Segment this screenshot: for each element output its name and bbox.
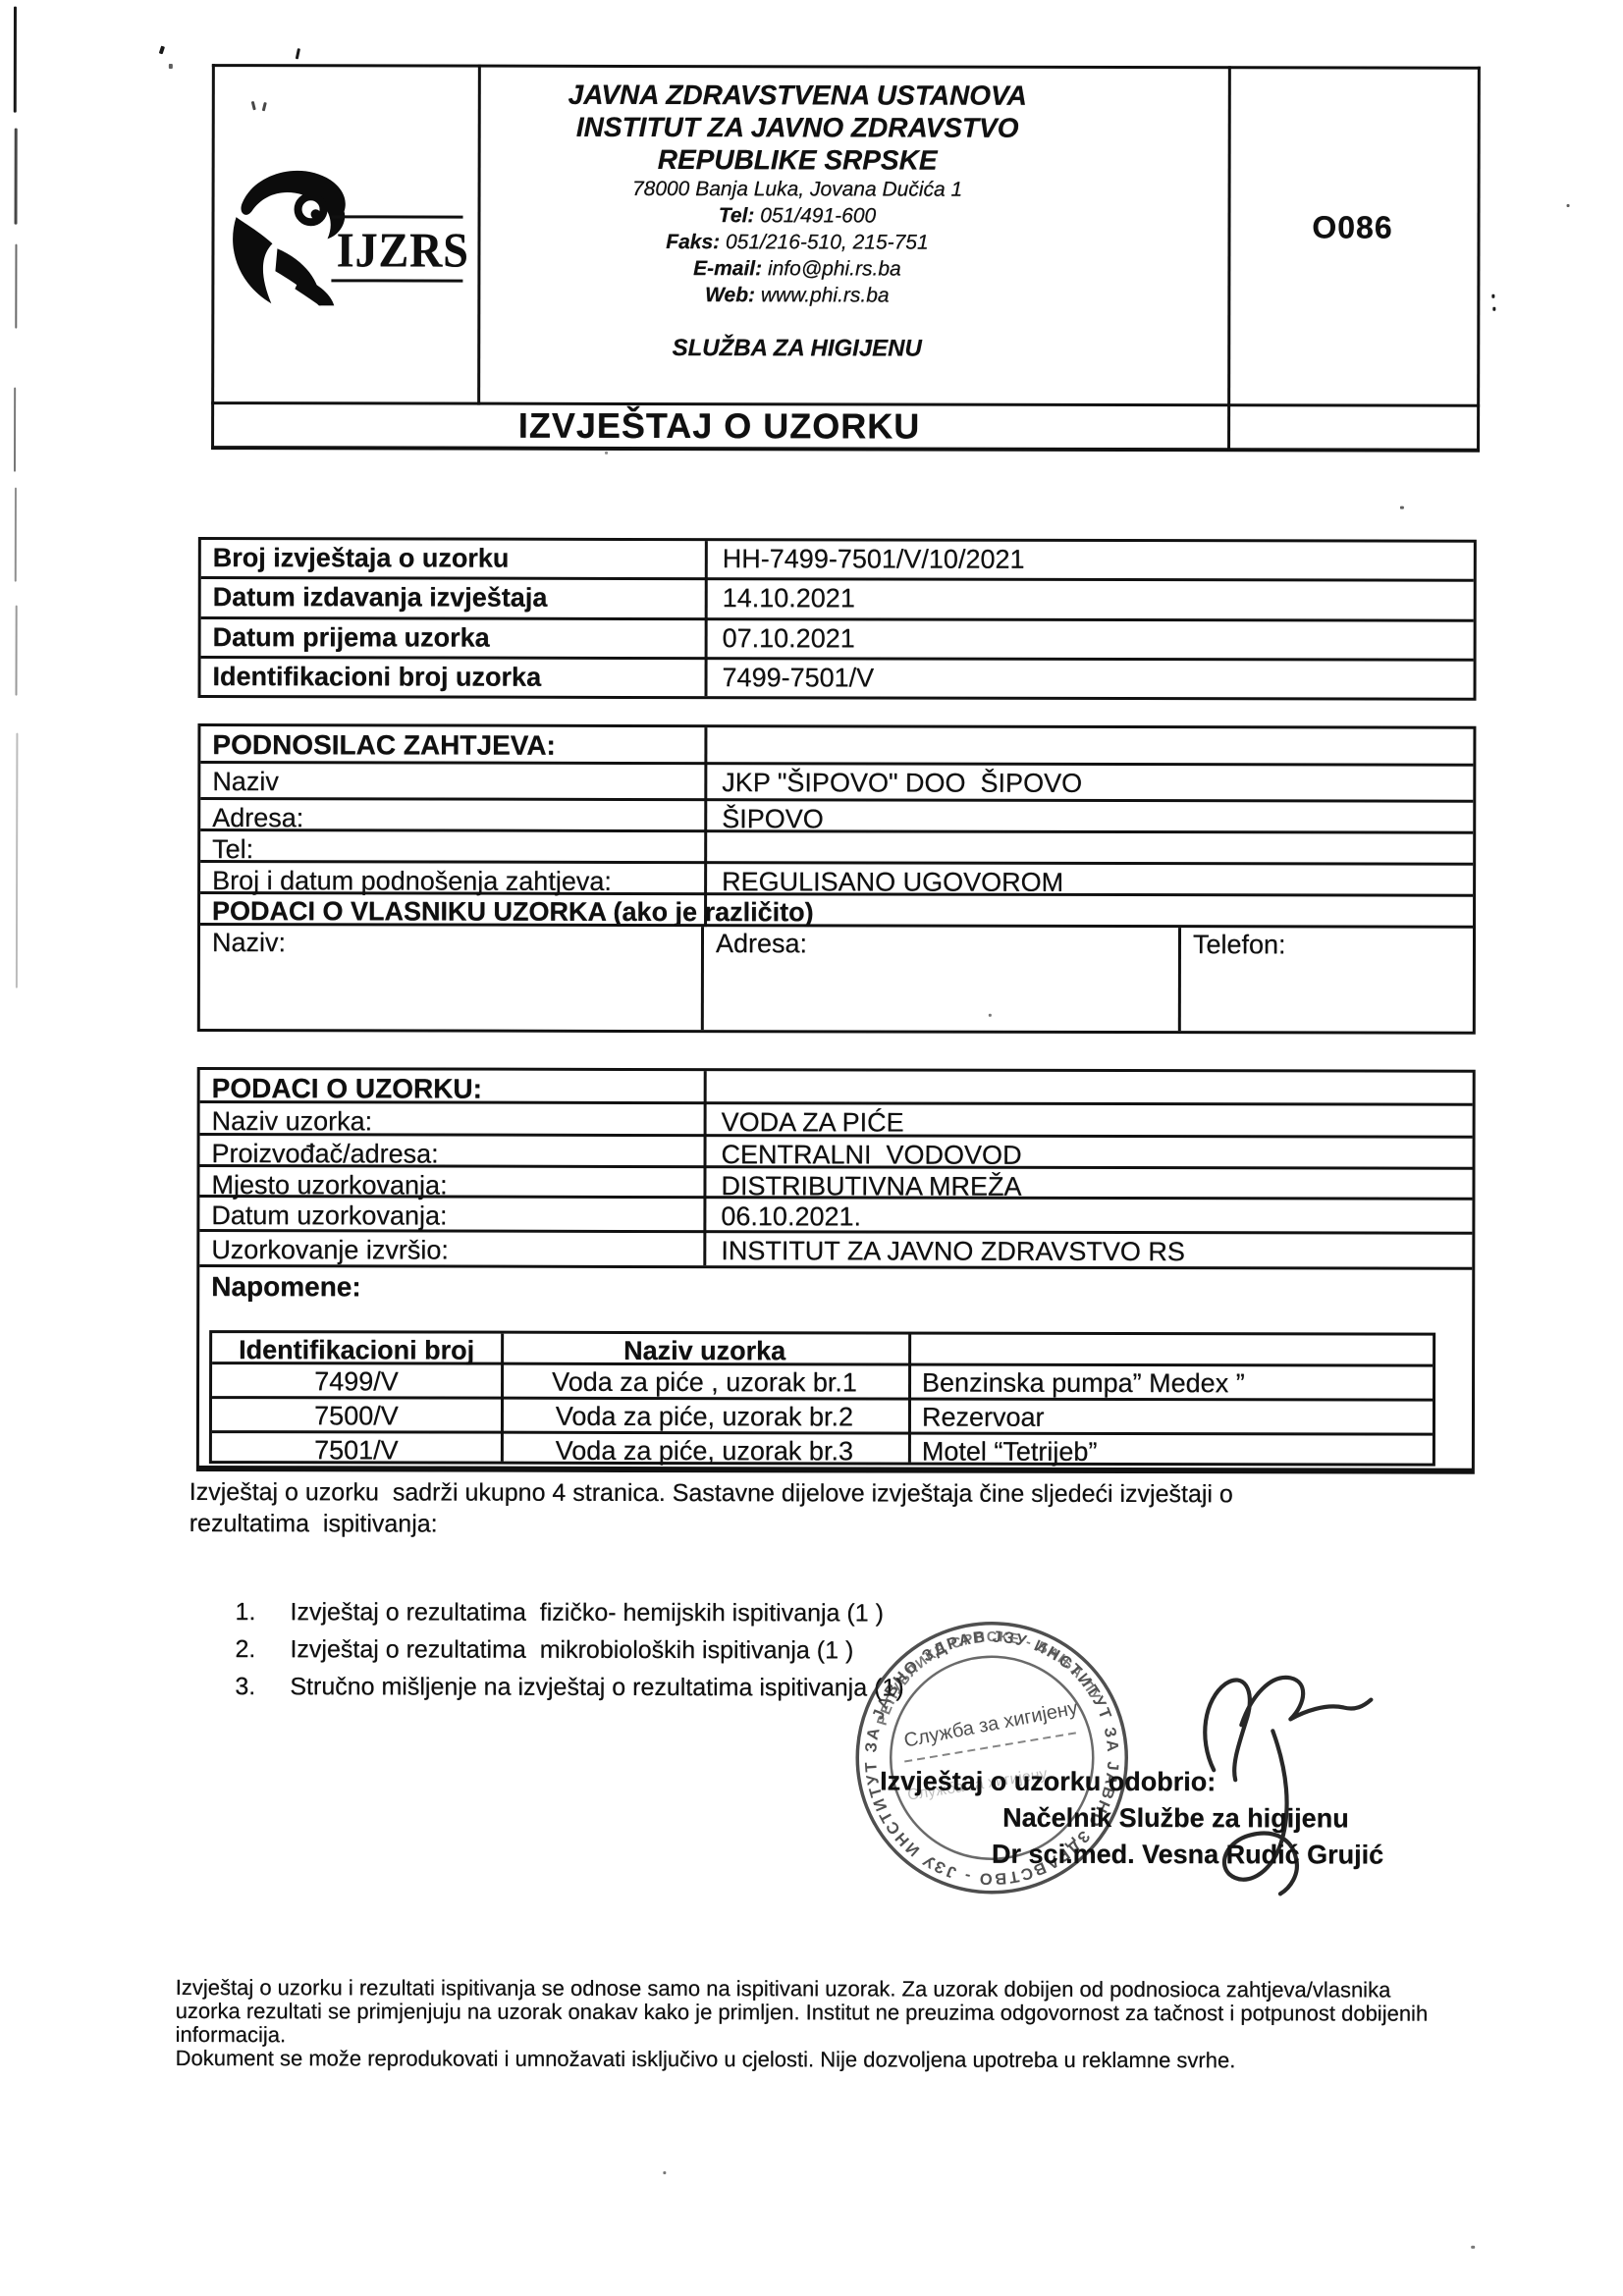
department-name: SLUŽBA ZA HIGIJENU bbox=[475, 335, 1118, 363]
table-row: Identifikacioni broj uzorka 7499-7501/V bbox=[201, 659, 1474, 698]
scan-artifact bbox=[1491, 294, 1494, 298]
scan-artifact bbox=[605, 452, 608, 454]
sample-name: Voda za piće, uzorak br.3 bbox=[501, 1434, 908, 1468]
samples-list-table: Identifikacioni broj Naziv uzorka 7499/V… bbox=[209, 1330, 1435, 1467]
row-value: VODA ZA PIĆE bbox=[704, 1104, 1473, 1140]
scan-artifact bbox=[262, 102, 267, 111]
report-parts-list: Izvještaj o rezultatima fizičko- hemijsk… bbox=[235, 1593, 1315, 1707]
footer-line: uzorka rezultati se primjenjuju na uzora… bbox=[176, 2000, 1482, 2026]
table-row: Broj izvještaja o uzorku HH-7499-7501/V/… bbox=[201, 540, 1474, 582]
list-item: Stručno mišljenje na izvještaj o rezulta… bbox=[235, 1668, 1315, 1707]
scan-artifact bbox=[15, 488, 17, 582]
section-header-row: PODACI O UZORKU: bbox=[200, 1070, 1473, 1106]
section-title: PODACI O UZORKU: bbox=[200, 1070, 704, 1105]
row-value bbox=[704, 832, 1473, 837]
footer-disclaimer: Izvještaj o uzorku i rezultati ispitivan… bbox=[176, 1976, 1482, 2073]
approver-role: Načelnik Službe za higijenu bbox=[1002, 1803, 1349, 1835]
logo-acronym: IJZRS bbox=[337, 222, 458, 277]
scan-artifact bbox=[15, 129, 18, 225]
row-value: CENTRALNI VODOVOD bbox=[704, 1137, 1473, 1172]
row-label: Mjesto uzorkovanja: bbox=[199, 1167, 703, 1201]
scan-artifact bbox=[1471, 2246, 1475, 2249]
scanned-report-page: IJZRS JAVNA ZDRAVSTVENA USTANOVA INSTITU… bbox=[0, 0, 1623, 2296]
approver-name: Dr sci.med. Vesna Rudić Grujić bbox=[992, 1840, 1383, 1871]
table-row: Broj i datum podnošenja zahtjeva: REGULI… bbox=[200, 863, 1473, 897]
scan-artifact bbox=[1567, 204, 1570, 207]
list-item: Izvještaj o rezultatima mikrobioloških i… bbox=[235, 1630, 1315, 1670]
applicant-table: PODNOSILAC ZAHTJEVA: Naziv JKP "ŠIPOVO" … bbox=[197, 723, 1477, 1035]
page-title: IZVJEŠTAJ O UZORKU bbox=[211, 404, 1227, 448]
sample-table: PODACI O UZORKU: Naziv uzorka: VODA ZA P… bbox=[196, 1067, 1476, 1474]
scan-artifact bbox=[169, 64, 173, 69]
section-title: PODNOSILAC ZAHTJEVA: bbox=[200, 726, 704, 762]
sample-id: 7500/V bbox=[212, 1399, 501, 1432]
email-label: E-mail: bbox=[693, 257, 762, 280]
section-header-row: PODNOSILAC ZAHTJEVA: bbox=[200, 726, 1473, 767]
sample-location: Benzinska pumpa” Medex ” bbox=[908, 1366, 1433, 1400]
scan-artifact bbox=[663, 2171, 666, 2174]
sample-location: Motel “Tetrijeb” bbox=[908, 1435, 1433, 1468]
scan-artifact bbox=[1400, 507, 1404, 509]
scan-artifact bbox=[251, 101, 256, 110]
row-value: HH-7499-7501/V/10/2021 bbox=[705, 541, 1474, 576]
table-row: Datum izdavanja izvještaja 14.10.2021 bbox=[201, 579, 1474, 621]
row-value: 06.10.2021. bbox=[703, 1199, 1472, 1234]
logo-wordmark: IJZRS bbox=[331, 215, 462, 282]
column-header: Naziv uzorka bbox=[501, 1334, 908, 1367]
tel-label: Tel: bbox=[719, 204, 755, 227]
row-label: Datum uzorkovanja: bbox=[199, 1198, 703, 1232]
sample-row: 7499/V Voda za piće , uzorak br.1 Benzin… bbox=[212, 1364, 1433, 1402]
summary-line2: rezultatima ispitivanja: bbox=[189, 1508, 1456, 1542]
scan-artifact bbox=[14, 7, 17, 113]
web-value: www.phi.rs.ba bbox=[755, 284, 890, 306]
column-header bbox=[908, 1335, 1433, 1338]
institute-name-line1: JAVNA ZDRAVSTVENA USTANOVA bbox=[476, 79, 1119, 112]
row-label: Datum izdavanja izvještaja bbox=[201, 579, 705, 614]
table-row: Proizvođač/adresa: CENTRALNI VODOVOD bbox=[200, 1136, 1473, 1170]
owner-telefon-label: Telefon: bbox=[1193, 930, 1286, 959]
list-item-text: Izvještaj o rezultatima mikrobioloških i… bbox=[290, 1630, 853, 1669]
summary-paragraph: Izvještaj o uzorku sadrži ukupno 4 stran… bbox=[189, 1476, 1456, 1542]
institute-name-line2: INSTITUT ZA JAVNO ZDRAVSTVO bbox=[476, 111, 1119, 144]
scan-artifact bbox=[14, 388, 16, 472]
list-item: Izvještaj o rezultatima fizičko- hemijsk… bbox=[236, 1593, 1316, 1632]
row-label: Naziv bbox=[200, 764, 704, 798]
table-row: Mjesto uzorkovanja: DISTRIBUTIVNA MREŽA bbox=[199, 1167, 1472, 1201]
tel-value: 051/491-600 bbox=[754, 204, 876, 227]
institute-header: JAVNA ZDRAVSTVENA USTANOVA INSTITUT ZA J… bbox=[475, 79, 1119, 363]
institute-web: Web: www.phi.rs.ba bbox=[475, 282, 1118, 309]
table-row: Datum prijema uzorka 07.10.2021 bbox=[201, 619, 1474, 662]
list-item-text: Izvještaj o rezultatima fizičko- hemijsk… bbox=[291, 1593, 884, 1631]
table-row: Datum uzorkovanja: 06.10.2021. bbox=[199, 1198, 1472, 1235]
row-label: Identifikacioni broj uzorka bbox=[201, 659, 705, 693]
row-label: Uzorkovanje izvršio: bbox=[199, 1232, 703, 1266]
institute-email: E-mail: info@phi.rs.ba bbox=[475, 255, 1118, 283]
row-value: 14.10.2021 bbox=[705, 580, 1474, 615]
report-meta-table: Broj izvještaja o uzorku HH-7499-7501/V/… bbox=[198, 537, 1477, 701]
web-label: Web: bbox=[705, 284, 755, 306]
owner-adresa-label: Adresa: bbox=[716, 929, 807, 958]
header-box bbox=[0, 0, 1623, 2]
row-label: Tel: bbox=[200, 831, 704, 866]
owner-naziv-cell: Naziv: bbox=[200, 926, 704, 1030]
institute-logo: IJZRS bbox=[228, 154, 463, 312]
row-value: 7499-7501/V bbox=[705, 660, 1474, 695]
footer-line: Dokument se može reprodukovati i umnožav… bbox=[176, 2047, 1482, 2073]
scan-artifact bbox=[296, 48, 300, 59]
scan-artifact bbox=[16, 606, 18, 696]
sample-location: Rezervoar bbox=[908, 1401, 1433, 1434]
row-value: JKP "ŠIPOVO" DOO ŠIPOVO bbox=[704, 765, 1473, 800]
faks-value: 051/216-510, 215-751 bbox=[720, 231, 929, 253]
institute-faks: Faks: 051/216-510, 215-751 bbox=[475, 229, 1118, 256]
approval-label: Izvještaj o uzorku odobrio: bbox=[880, 1766, 1216, 1797]
institute-tel: Tel: 051/491-600 bbox=[476, 202, 1119, 230]
sample-id: 7499/V bbox=[212, 1364, 501, 1398]
owner-telefon-cell: Telefon: bbox=[1181, 928, 1473, 1032]
row-value: REGULISANO UGOVOROM bbox=[704, 864, 1473, 899]
table-row: Naziv uzorka: VODA ZA PIĆE bbox=[200, 1103, 1473, 1139]
notes-label: Napomene: bbox=[199, 1267, 1472, 1306]
sample-row: 7500/V Voda za piće, uzorak br.2 Rezervo… bbox=[212, 1399, 1433, 1436]
list-item-text: Stručno mišljenje na izvještaj o rezulta… bbox=[290, 1668, 903, 1706]
row-value: INSTITUT ZA JAVNO ZDRAVSTVO RS bbox=[703, 1233, 1472, 1268]
form-code: O086 bbox=[1227, 209, 1477, 246]
sample-name: Voda za piće, uzorak br.2 bbox=[501, 1400, 908, 1433]
row-label: Naziv uzorka: bbox=[200, 1103, 704, 1138]
sample-name: Voda za piće , uzorak br.1 bbox=[501, 1365, 908, 1399]
scan-artifact bbox=[159, 46, 165, 55]
sample-id: 7501/V bbox=[212, 1433, 501, 1467]
owner-section-row: PODACI O VLASNIKU UZORKA (ako je različi… bbox=[200, 894, 1473, 929]
row-value: 07.10.2021 bbox=[705, 620, 1474, 656]
institute-address: 78000 Banja Luka, Jovana Dučića 1 bbox=[476, 176, 1119, 203]
table-row: Tel: bbox=[200, 831, 1473, 866]
scan-artifact bbox=[15, 244, 17, 329]
table-row: Uzorkovanje izvršio: INSTITUT ZA JAVNO Z… bbox=[199, 1232, 1472, 1270]
row-label: Broj i datum podnošenja zahtjeva: bbox=[200, 863, 704, 897]
summary-line1: Izvještaj o uzorku sadrži ukupno 4 stran… bbox=[189, 1476, 1456, 1511]
row-label: Proizvođač/adresa: bbox=[200, 1136, 704, 1170]
table-row: Adresa: ŠIPOVO bbox=[200, 800, 1473, 834]
notes-row: Napomene: Identifikacioni broj Naziv uzo… bbox=[199, 1267, 1472, 1468]
faks-label: Faks: bbox=[666, 231, 720, 253]
column-header: Identifikacioni broj bbox=[212, 1333, 501, 1366]
owner-naziv-label: Naziv: bbox=[212, 928, 286, 957]
row-label: Broj izvještaja o uzorku bbox=[201, 540, 705, 574]
email-value: info@phi.rs.ba bbox=[762, 257, 901, 280]
row-label: Datum prijema uzorka bbox=[201, 619, 705, 654]
row-label: Adresa: bbox=[200, 800, 704, 834]
samples-header-row: Identifikacioni broj Naziv uzorka bbox=[212, 1333, 1433, 1367]
institute-name-line3: REPUBLIKE SRPSKE bbox=[476, 143, 1119, 177]
scan-artifact bbox=[16, 733, 19, 988]
owner-columns-row: Naziv: Adresa: Telefon: bbox=[200, 926, 1473, 1032]
owner-section-title: PODACI O VLASNIKU UZORKA (ako je različi… bbox=[200, 894, 814, 928]
row-value: ŠIPOVO bbox=[704, 801, 1473, 836]
sample-row: 7501/V Voda za piće, uzorak br.3 Motel “… bbox=[212, 1433, 1433, 1468]
owner-adresa-cell: Adresa: bbox=[704, 927, 1181, 1031]
scan-artifact bbox=[1492, 307, 1495, 311]
table-row: Naziv JKP "ŠIPOVO" DOO ŠIPOVO bbox=[200, 764, 1473, 803]
